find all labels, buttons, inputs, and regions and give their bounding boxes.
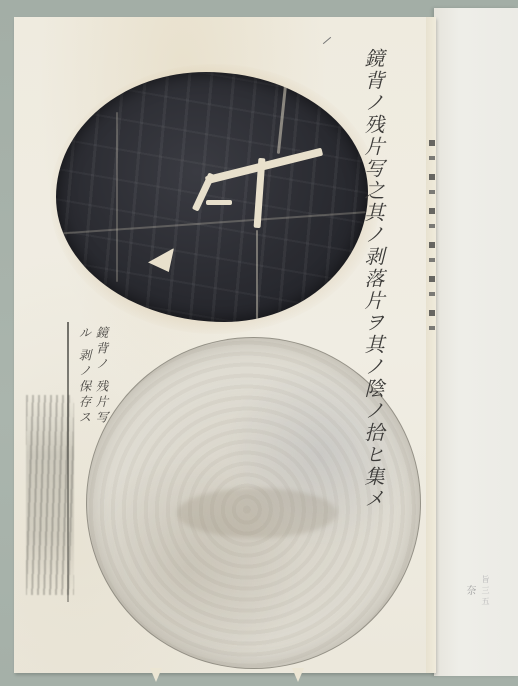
side-inscription: 鏡背ノ 残片写ル 剥ノ保存ス: [76, 326, 110, 436]
paper-tear: [150, 668, 162, 682]
page-fold-edge: [426, 17, 436, 673]
adjacent-page: [434, 8, 518, 676]
adjacent-page-mark: 奈: [462, 585, 477, 597]
rubbing-pattern-band: [177, 488, 337, 538]
binding-ink-marks: [429, 140, 435, 340]
paper-tear: [292, 668, 304, 682]
crack: [206, 200, 232, 205]
crack: [56, 211, 365, 235]
adjacent-page-faint-marks: 旨三五: [480, 575, 491, 608]
crack: [192, 172, 215, 211]
crack: [256, 230, 258, 320]
main-inscription: 鏡背ノ残片写之其ノ剥落片ヲ其ノ陰ノ拾ヒ集メ: [360, 48, 386, 510]
tear-hole: [148, 248, 174, 272]
ink-smudge: [26, 395, 74, 595]
crack: [277, 74, 288, 154]
crack: [116, 112, 118, 282]
